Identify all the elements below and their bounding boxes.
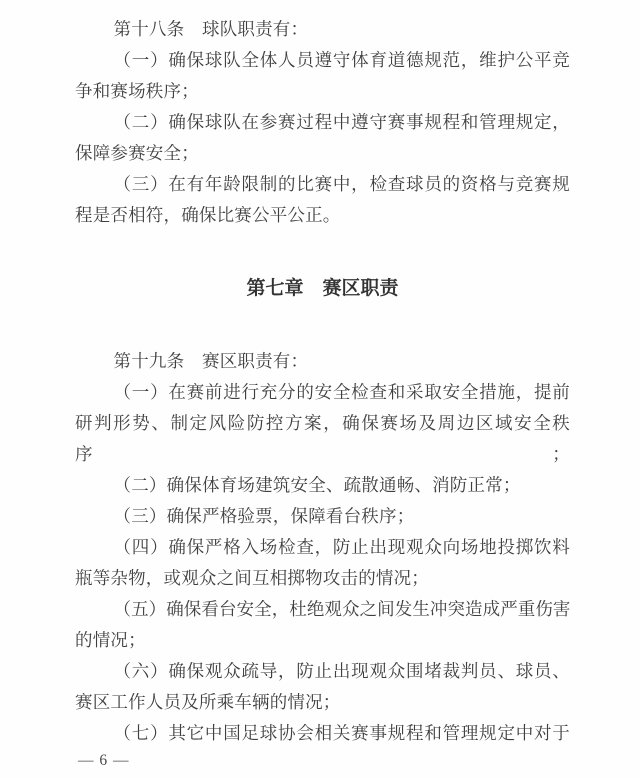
text-line: 保障参赛安全； xyxy=(75,138,570,169)
text-line: （六）确保观众疏导，防止出现观众围堵裁判员、球员、 xyxy=(75,656,570,687)
text-line: （三）确保严格验票，保障看台秩序； xyxy=(75,501,570,532)
article-19-item-4: （四）确保严格入场检查，防止出现观众向场地投掷饮料 瓶等杂物，或观众之间互相掷物… xyxy=(75,532,570,594)
text-line: （二）确保球队在参赛过程中遵守赛事规程和管理规定， xyxy=(75,107,570,138)
page-number: — 6 — xyxy=(78,752,130,770)
document-page: 第十八条 球队职责有： （一）确保球队全体人员遵守体育道德规范，维护公平竞 争和… xyxy=(0,0,640,778)
chapter-7-heading: 第七章 赛区职责 xyxy=(75,273,570,304)
text-line: 瓶等杂物，或观众之间互相掷物攻击的情况； xyxy=(75,563,570,594)
article-18-lead: 第十八条 球队职责有： xyxy=(75,14,570,45)
article-19-item-3: （三）确保严格验票，保障看台秩序； xyxy=(75,501,570,532)
text-line: （一）在赛前进行充分的安全检查和采取安全措施，提前 xyxy=(75,377,570,408)
article-19-item-1: （一）在赛前进行充分的安全检查和采取安全措施，提前 研判形势、制定风险防控方案，… xyxy=(75,377,570,470)
text-line: （一）确保球队全体人员遵守体育道德规范，维护公平竞 xyxy=(75,45,570,76)
article-19-item-7: （七）其它中国足球协会相关赛事规程和管理规定中对于 xyxy=(75,718,570,749)
article-19-lead: 第十九条 赛区职责有： xyxy=(75,346,570,377)
text-line: （七）其它中国足球协会相关赛事规程和管理规定中对于 xyxy=(75,718,570,749)
text-line: （二）确保体育场建筑安全、疏散通畅、消防正常； xyxy=(75,470,570,501)
text-line: 赛区工作人员及所乘车辆的情况； xyxy=(75,687,570,718)
article-19-item-2: （二）确保体育场建筑安全、疏散通畅、消防正常； xyxy=(75,470,570,501)
article-19-item-6: （六）确保观众疏导，防止出现观众围堵裁判员、球员、 赛区工作人员及所乘车辆的情况… xyxy=(75,656,570,718)
article-18-item-2: （二）确保球队在参赛过程中遵守赛事规程和管理规定， 保障参赛安全； xyxy=(75,107,570,169)
article-lead-line: 第十九条 赛区职责有： xyxy=(75,346,570,377)
text-line: （四）确保严格入场检查，防止出现观众向场地投掷饮料 xyxy=(75,532,570,563)
text-line: 程是否相符，确保比赛公平公正。 xyxy=(75,200,570,231)
article-18-item-1: （一）确保球队全体人员遵守体育道德规范，维护公平竞 争和赛场秩序； xyxy=(75,45,570,107)
article-19-item-5: （五）确保看台安全，杜绝观众之间发生冲突造成严重伤害 的情况； xyxy=(75,594,570,656)
document-body: 第十八条 球队职责有： （一）确保球队全体人员遵守体育道德规范，维护公平竞 争和… xyxy=(0,0,640,749)
article-lead-line: 第十八条 球队职责有： xyxy=(75,14,570,45)
text-line: 争和赛场秩序； xyxy=(75,76,570,107)
article-18-item-3: （三）在有年龄限制的比赛中，检查球员的资格与竞赛规 程是否相符，确保比赛公平公正… xyxy=(75,169,570,231)
text-line: 的情况； xyxy=(75,625,570,656)
text-line: （三）在有年龄限制的比赛中，检查球员的资格与竞赛规 xyxy=(75,169,570,200)
text-line: （五）确保看台安全，杜绝观众之间发生冲突造成严重伤害 xyxy=(75,594,570,625)
text-line: 研判形势、制定风险防控方案，确保赛场及周边区域安全秩序； xyxy=(75,408,570,470)
